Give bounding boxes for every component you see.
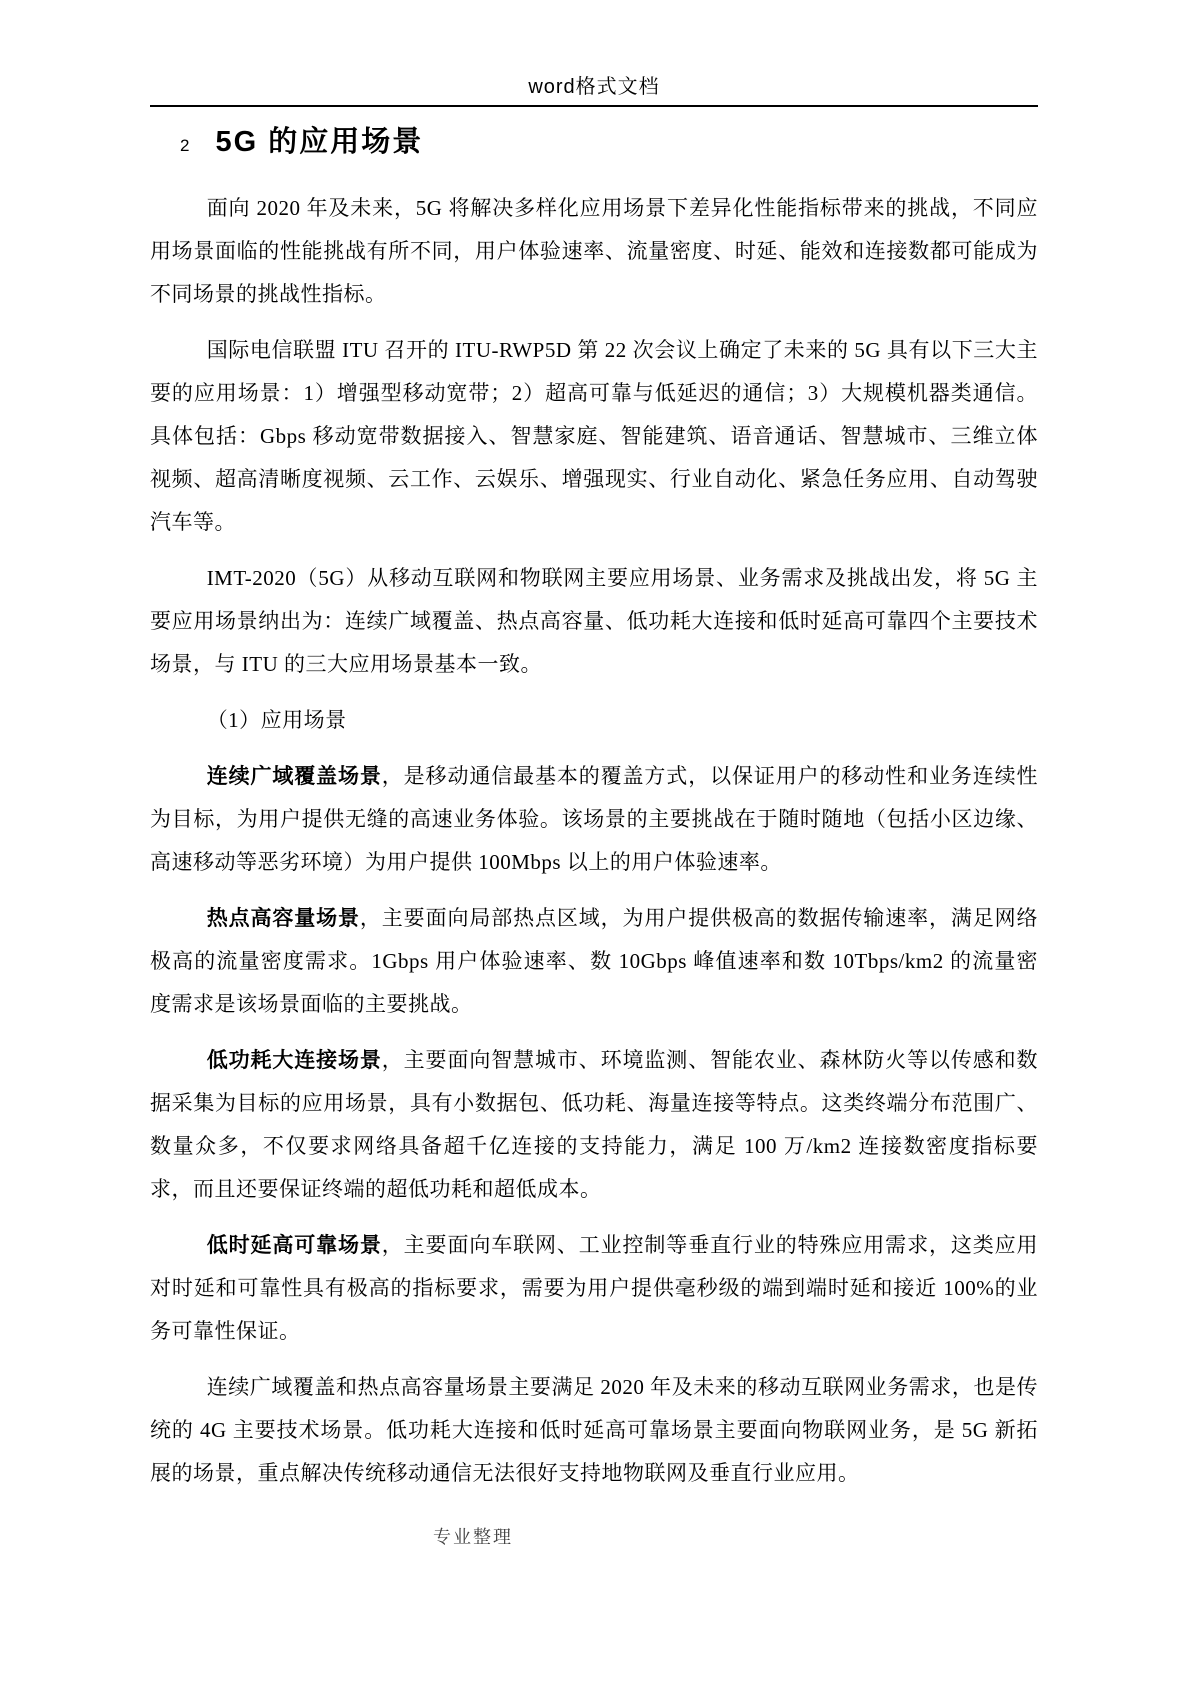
heading-title: 5G 的应用场景	[215, 123, 423, 161]
subheading-application-scenarios: （1）应用场景	[150, 699, 1038, 742]
paragraph-text: IMT-2020（5G）从移动互联网和物联网主要应用场景、业务需求及挑战出发，将…	[150, 566, 1038, 676]
paragraph-intro: 面向 2020 年及未来，5G 将解决多样化应用场景下差异化性能指标带来的挑战，…	[150, 187, 1038, 316]
paragraph-text: 连续广域覆盖和热点高容量场景主要满足 2020 年及未来的移动互联网业务需求，也…	[150, 1375, 1038, 1485]
paragraph-lead: 连续广域覆盖场景	[207, 764, 382, 788]
paragraph-low-power-massive-connection: 低功耗大连接场景，主要面向智慧城市、环境监测、智能农业、森林防火等以传感和数据采…	[150, 1039, 1038, 1211]
header-title: word格式文档	[528, 76, 659, 98]
paragraph-text: 国际电信联盟 ITU 召开的 ITU-RWP5D 第 22 次会议上确定了未来的…	[150, 338, 1038, 534]
paragraph-lead: 低功耗大连接场景	[207, 1048, 382, 1072]
page-footer: 专业整理	[433, 1526, 513, 1548]
paragraph-hotspot-high-capacity: 热点高容量场景，主要面向局部热点区域，为用户提供极高的数据传输速率，满足网络极高…	[150, 897, 1038, 1026]
paragraph-summary: 连续广域覆盖和热点高容量场景主要满足 2020 年及未来的移动互联网业务需求，也…	[150, 1366, 1038, 1495]
paragraph-text: 面向 2020 年及未来，5G 将解决多样化应用场景下差异化性能指标带来的挑战，…	[150, 196, 1038, 306]
paragraph-itu: 国际电信联盟 ITU 召开的 ITU-RWP5D 第 22 次会议上确定了未来的…	[150, 329, 1038, 544]
paragraph-low-latency-high-reliability: 低时延高可靠场景，主要面向车联网、工业控制等垂直行业的特殊应用需求，这类应用对时…	[150, 1224, 1038, 1353]
footer-text: 专业整理	[433, 1527, 513, 1547]
paragraph-continuous-wide-coverage: 连续广域覆盖场景，是移动通信最基本的覆盖方式，以保证用户的移动性和业务连续性为目…	[150, 755, 1038, 884]
paragraph-text: （1）应用场景	[207, 708, 347, 732]
page-header: word格式文档	[150, 76, 1038, 107]
paragraph-imt2020: IMT-2020（5G）从移动互联网和物联网主要应用场景、业务需求及挑战出发，将…	[150, 557, 1038, 686]
paragraph-lead: 热点高容量场景	[207, 906, 360, 930]
section-heading: 2 5G 的应用场景	[150, 123, 1038, 161]
heading-number: 2	[180, 136, 189, 156]
paragraph-lead: 低时延高可靠场景	[207, 1233, 382, 1257]
document-page: word格式文档 2 5G 的应用场景 面向 2020 年及未来，5G 将解决多…	[0, 0, 1191, 1684]
